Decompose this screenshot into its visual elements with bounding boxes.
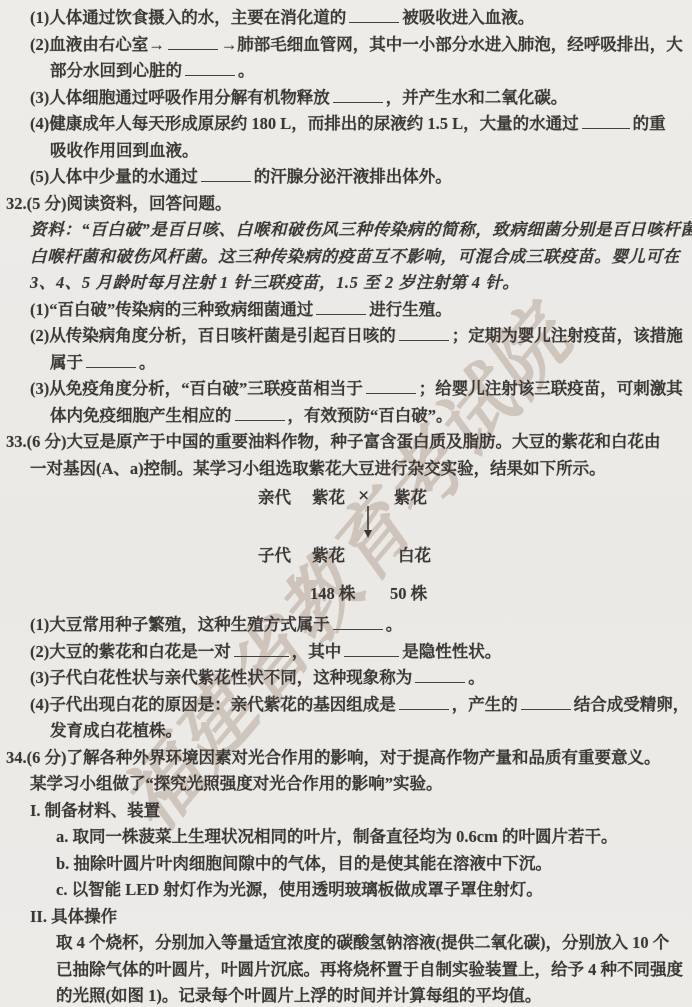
child-generation-label: 子代 [258, 542, 291, 566]
answer-blank [235, 406, 285, 421]
text-line: (2)血液由右心室→→肺部毛细血管网，其中一小部分水进入肺泡，经呼吸排出，大 [0, 32, 692, 59]
text-line: (3)从免疫角度分析，“百白破”三联疫苗相当于；给婴儿注射该三联疫苗，可刺激其 [0, 376, 692, 403]
parent-generation-label: 亲代 [258, 484, 291, 508]
answer-blank [366, 379, 416, 394]
text-run: 的汗腺分泌汗液排出体外。 [254, 167, 452, 186]
text-line: 吸收作用回到血液。 [0, 138, 692, 165]
text-run: 。 [139, 353, 156, 372]
child-left-phenotype: 紫花 [312, 542, 345, 566]
text-line: 属于。 [0, 350, 692, 377]
text-run: 已抽除气体的叶圆片，叶圆片沉底。再将烧杯置于自制实验装置上，给予 4 种不同强度 [56, 960, 683, 979]
answer-blank [201, 167, 251, 182]
answer-blank [168, 35, 218, 50]
answer-blank [333, 615, 383, 630]
child-left-count: 148 株 [310, 580, 355, 604]
text-line: 白喉杆菌和破伤风杆菌。这三种传染病的疫苗互不影响，可混合成三联疫苗。婴儿可在 [0, 244, 692, 271]
answer-blank [582, 114, 630, 129]
text-run: 取 4 个烧杯，分别加入等量适宜浓度的碳酸氢钠溶液(提供二氧化碳)，分别放入 1… [56, 933, 669, 952]
answer-blank [316, 300, 366, 315]
text-line: 3、4、5 月龄时每月注射 1 针三联疫苗，1.5 至 2 岁注射第 4 针。 [0, 270, 692, 297]
document-lines-top: (1)人体通过饮食摄入的水，主要在消化道的被吸收进入血液。(2)血液由右心室→→… [0, 0, 692, 482]
answer-blank [399, 326, 449, 341]
text-line: 发育成白花植株。 [0, 718, 692, 745]
text-line: (4)子代出现白花的原因是：亲代紫花的基因组成是，产生的结合成受精卵， [0, 692, 692, 719]
text-run: a. 取同一株菠菜上生理状况相同的叶片，制备直径均为 0.6cm 的叶圆片若干。 [56, 827, 617, 846]
text-run: 体内免疫细胞产生相应的 [50, 406, 232, 425]
text-run: (2)血液由右心室→ [30, 35, 165, 54]
text-run: ，产生的 [452, 695, 518, 714]
text-line: 体内免疫细胞产生相应的，有效预防“百白破”。 [0, 403, 692, 430]
text-line: (1)大豆常用种子繁殖，这种生殖方式属于。 [0, 612, 692, 639]
text-line: 取 4 个烧杯，分别加入等量适宜浓度的碳酸氢钠溶液(提供二氧化碳)，分别放入 1… [0, 930, 692, 957]
text-run: ；给婴儿注射该三联疫苗，可刺激其 [419, 379, 683, 398]
text-run: I. 制备材料、装置 [30, 801, 160, 820]
exam-paper-page: 福建省教育考试院 (1)人体通过饮食摄入的水，主要在消化道的被吸收进入血液。(2… [0, 0, 692, 1007]
text-run: (1)“百白破”传染病的三种致病细菌通过 [30, 300, 313, 319]
text-run: 结合成受精卵， [574, 695, 690, 714]
text-run: 进行生殖。 [369, 300, 452, 319]
text-run: 发育成白花植株。 [50, 721, 182, 740]
text-run: 。 [386, 615, 403, 634]
text-line: (5)人体中少量的水通过的汗腺分泌汗液排出体外。 [0, 164, 692, 191]
text-line: 一对基因(A、a)控制。某学习小组选取紫花大豆进行杂交实验，结果如下所示。 [0, 456, 692, 483]
child-right-count: 50 株 [390, 580, 427, 604]
text-run: 。 [238, 61, 255, 80]
text-run: (1)人体通过饮食摄入的水，主要在消化道的 [30, 8, 346, 27]
text-run: ，有效预防“百白破”。 [288, 406, 453, 425]
text-run: 是隐性性状。 [402, 642, 501, 661]
down-arrow-icon [362, 506, 374, 538]
text-run: (3)子代白花性状与亲代紫花性状不同，这种现象称为 [30, 668, 412, 687]
text-run: 3、4、5 月龄时每月注射 1 针三联疫苗，1.5 至 2 岁注射第 4 针。 [30, 273, 520, 292]
text-run: (4)健康成年人每天形成原尿约 180 L，而排出的尿液约 1.5 L，大量的水… [30, 114, 579, 133]
text-run: (2)从传染病角度分析，百日咳杆菌是引起百日咳的 [30, 326, 396, 345]
text-line: 的光照(如图 1)。记录每个叶圆片上浮的时间并计算每组的平均值。 [0, 983, 692, 1007]
text-run: b. 抽除叶圆片叶肉细胞间隙中的气体，目的是使其能在溶液中下沉。 [56, 854, 552, 873]
text-line: b. 抽除叶圆片叶肉细胞间隙中的气体，目的是使其能在溶液中下沉。 [0, 851, 692, 878]
text-line: 34.(6 分)了解各种外界环境因素对光合作用的影响，对于提高作物产量和品质有重… [0, 745, 692, 772]
child-right-phenotype: 白花 [398, 542, 431, 566]
parent-left-phenotype: 紫花 [312, 484, 345, 508]
text-run: (2)大豆的紫花和白花是一对 [30, 642, 231, 661]
text-run: 吸收作用回到血液。 [50, 141, 199, 160]
text-run: 32.(5 分)阅读资料，回答问题。 [6, 194, 232, 213]
answer-blank [521, 695, 571, 710]
text-run: c. 以智能 LED 射灯作为光源，使用透明玻璃板做成罩子罩住射灯。 [56, 880, 543, 899]
text-run: 一对基因(A、a)控制。某学习小组选取紫花大豆进行杂交实验，结果如下所示。 [30, 459, 606, 478]
text-run: 的重 [633, 114, 666, 133]
text-run: 。 [468, 668, 485, 687]
text-line: (1)人体通过饮食摄入的水，主要在消化道的被吸收进入血液。 [0, 5, 692, 32]
text-line: (3)子代白花性状与亲代紫花性状不同，这种现象称为。 [0, 665, 692, 692]
answer-blank [349, 8, 399, 23]
text-run: (1)大豆常用种子繁殖，这种生殖方式属于 [30, 615, 330, 634]
text-run: 属于 [50, 353, 83, 372]
answer-blank [185, 61, 235, 76]
text-line: (3)人体细胞通过呼吸作用分解有机物释放，并产生水和二氧化碳。 [0, 85, 692, 112]
text-run: 被吸收进入血液。 [402, 8, 534, 27]
answer-blank [86, 353, 136, 368]
genetic-cross-diagram: 亲代 紫花 × 紫花 子代 紫花 白花 148 株 50 株 [0, 482, 692, 612]
text-line: 某学习小组做了“探究光照强度对光合作用的影响”实验。 [0, 771, 692, 798]
text-line: I. 制备材料、装置 [0, 798, 692, 825]
text-line: II. 具体操作 [0, 904, 692, 931]
text-line: 部分水回到心脏的。 [0, 58, 692, 85]
text-run: 某学习小组做了“探究光照强度对光合作用的影响”实验。 [30, 774, 443, 793]
text-line: 资料：“百白破”是百日咳、白喉和破伤风三种传染病的简称，致病细菌分别是百日咳杆菌… [0, 217, 692, 244]
text-run: 34.(6 分)了解各种外界环境因素对光合作用的影响，对于提高作物产量和品质有重… [6, 748, 661, 767]
text-line: (2)大豆的紫花和白花是一对，其中是隐性性状。 [0, 639, 692, 666]
text-run: (3)从免疫角度分析，“百白破”三联疫苗相当于 [30, 379, 363, 398]
text-line: 已抽除气体的叶圆片，叶圆片沉底。再将烧杯置于自制实验装置上，给予 4 种不同强度 [0, 957, 692, 984]
text-run: (4)子代出现白花的原因是：亲代紫花的基因组成是 [30, 695, 396, 714]
text-run: 资料：“百白破”是百日咳、白喉和破伤风三种传染病的简称，致病细菌分别是百日咳杆菌… [30, 220, 692, 239]
text-run: ；定期为婴儿注射疫苗，该措施 [452, 326, 683, 345]
answer-blank [333, 88, 383, 103]
text-run: II. 具体操作 [30, 907, 117, 926]
text-line: (2)从传染病角度分析，百日咳杆菌是引起百日咳的；定期为婴儿注射疫苗，该措施 [0, 323, 692, 350]
text-run: (5)人体中少量的水通过 [30, 167, 198, 186]
parent-right-phenotype: 紫花 [394, 484, 427, 508]
text-line: (4)健康成年人每天形成原尿约 180 L，而排出的尿液约 1.5 L，大量的水… [0, 111, 692, 138]
text-run: 白喉杆菌和破伤风杆菌。这三种传染病的疫苗互不影响，可混合成三联疫苗。婴儿可在 [30, 247, 680, 266]
text-run: →肺部毛细血管网，其中一小部分水进入肺泡，经呼吸排出，大 [221, 35, 683, 54]
answer-blank [399, 695, 449, 710]
text-run: ，其中 [292, 642, 342, 661]
text-run: 33.(6 分)大豆是原产于中国的重要油料作物，种子富含蛋白质及脂肪。大豆的紫花… [6, 432, 661, 451]
document-lines-bottom: (1)大豆常用种子繁殖，这种生殖方式属于。(2)大豆的紫花和白花是一对，其中是隐… [0, 612, 692, 1007]
text-run: 部分水回到心脏的 [50, 61, 182, 80]
answer-blank [234, 642, 289, 657]
answer-blank [415, 668, 465, 683]
text-line: a. 取同一株菠菜上生理状况相同的叶片，制备直径均为 0.6cm 的叶圆片若干。 [0, 824, 692, 851]
text-line: 32.(5 分)阅读资料，回答问题。 [0, 191, 692, 218]
text-line: (1)“百白破”传染病的三种致病细菌通过进行生殖。 [0, 297, 692, 324]
text-run: (3)人体细胞通过呼吸作用分解有机物释放 [30, 88, 330, 107]
text-line: c. 以智能 LED 射灯作为光源，使用透明玻璃板做成罩子罩住射灯。 [0, 877, 692, 904]
cross-symbol-icon: × [358, 486, 369, 506]
text-line: 33.(6 分)大豆是原产于中国的重要油料作物，种子富含蛋白质及脂肪。大豆的紫花… [0, 429, 692, 456]
text-run: ，并产生水和二氧化碳。 [386, 88, 568, 107]
answer-blank [344, 642, 399, 657]
text-run: 的光照(如图 1)。记录每个叶圆片上浮的时间并计算每组的平均值。 [56, 986, 541, 1005]
